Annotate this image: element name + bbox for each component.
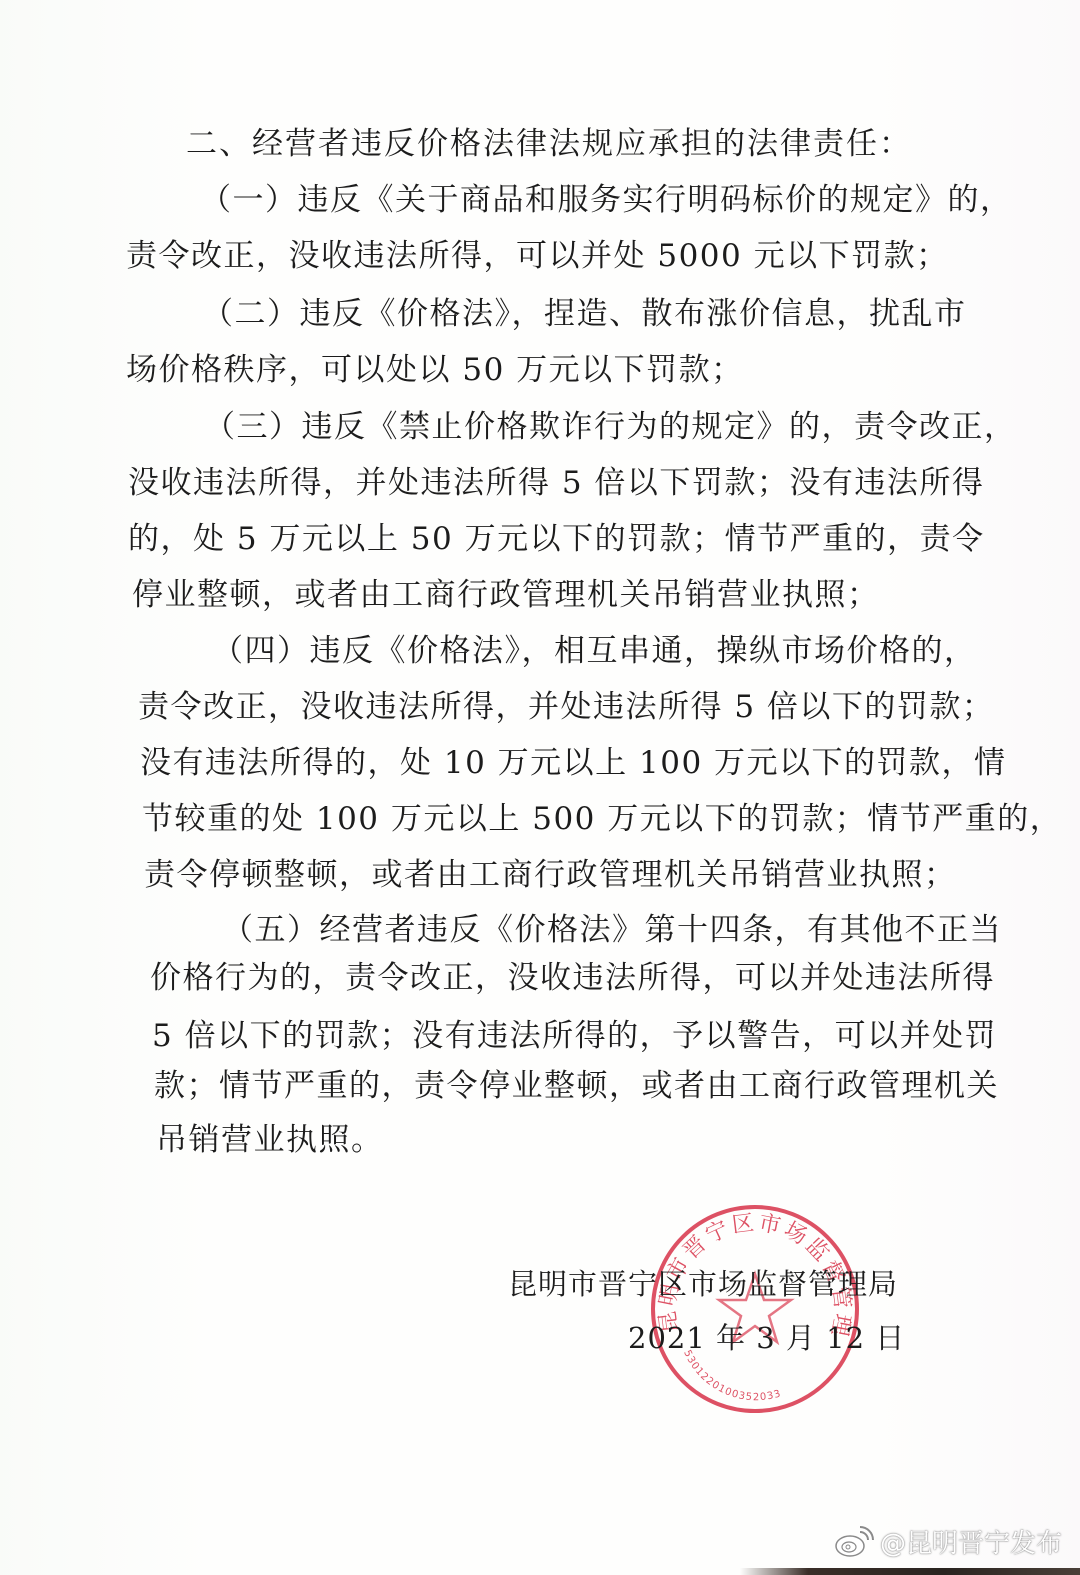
clause-line: 停业整顿，或者由工商行政管理机关吊销营业执照； [132, 575, 880, 615]
section-heading: 二、经营者违反价格法律法规应承担的法律责任： [186, 124, 912, 164]
clause-line: 吊销营业执照。 [156, 1120, 384, 1160]
clause-line: 场价格秩序，可以处以 50 万元以下罚款； [126, 350, 744, 390]
clause-line: 价格行为的，责令改正，没收违法所得，可以并处违法所得 [150, 958, 995, 998]
clause-line: 的，处 5 万元以上 50 万元以下的罚款；情节严重的，责令 [128, 519, 985, 559]
clause-line: 节较重的处 100 万元以上 500 万元以下的罚款；情节严重的， [142, 799, 1062, 839]
weibo-icon [834, 1526, 874, 1558]
clause-line: 责令改正，没收违法所得，并处违法所得 5 倍以下的罚款； [138, 687, 994, 727]
official-seal-icon: 昆明市晋宁区市场监督管理局 5301220100352033 [648, 1202, 862, 1416]
clause-line: （三）违反《禁止价格欺诈行为的规定》的，责令改正， [204, 407, 1017, 447]
clause-line: 责令停顿整顿，或者由工商行政管理机关吊销营业执照； [144, 855, 957, 895]
clause-line: 5 倍以下的罚款；没有违法所得的，予以警告，可以并处罚 [152, 1016, 997, 1056]
clause-line: （四）违反《价格法》，相互串通，操纵市场价格的， [212, 631, 977, 671]
clause-line: 没收违法所得，并处违法所得 5 倍以下罚款；没有违法所得 [128, 463, 984, 503]
watermark-text: @昆明晋宁发布 [880, 1523, 1062, 1560]
document-page: 二、经营者违反价格法律法规应承担的法律责任： （一）违反《关于商品和服务实行明码… [0, 0, 1080, 1575]
issuing-organization: 昆明市晋宁区市场监督管理局 [508, 1262, 898, 1303]
clause-line: 责令改正，没收违法所得，可以并处 5000 元以下罚款； [126, 236, 949, 276]
background-edge [740, 1568, 1080, 1575]
clause-line: 款；情节严重的，责令停业整顿，或者由工商行政管理机关 [154, 1066, 999, 1106]
weibo-watermark: @昆明晋宁发布 [834, 1523, 1062, 1560]
clause-line: （一）违反《关于商品和服务实行明码标价的规定》的， [200, 180, 1013, 220]
clause-line: （二）违反《价格法》，捏造、散布涨价信息，扰乱市 [202, 294, 967, 334]
clause-line: （五）经营者违反《价格法》第十四条，有其他不正当 [222, 910, 1002, 950]
issue-date: 2021 年 3 月 12 日 [628, 1316, 905, 1357]
clause-line: 没有违法所得的，处 10 万元以上 100 万元以下的罚款，情 [140, 743, 1007, 783]
